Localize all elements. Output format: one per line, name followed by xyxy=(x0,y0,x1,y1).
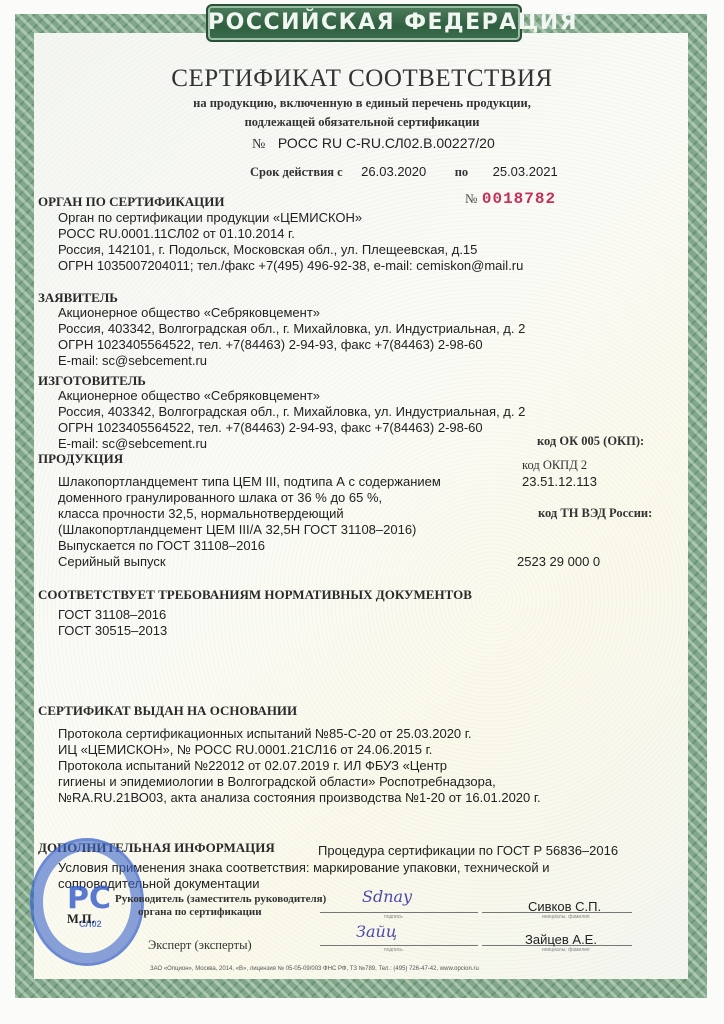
form-number: № 0018782 xyxy=(465,190,556,208)
number-sign: № xyxy=(252,137,265,152)
expert-signature-caption: подпись xyxy=(384,947,403,953)
head-signature: Sdnay xyxy=(362,887,412,906)
cert-body-line: ОГРН 1035007204011; тел./факс +7(495) 49… xyxy=(58,258,523,273)
applicant-heading: ЗАЯВИТЕЛЬ xyxy=(38,290,118,306)
product-heading: ПРОДУКЦИЯ xyxy=(38,451,123,467)
product-line: Шлакопортландцемент типа ЦЕМ III, подтип… xyxy=(58,474,441,489)
product-line: Серийный выпуск xyxy=(58,554,166,569)
basis-line: Протокола испытаний №22012 от 02.07.2019… xyxy=(58,758,447,773)
rs-logo-icon: РС xyxy=(67,881,111,916)
certification-procedure: Процедура сертификации по ГОСТ Р 56836–2… xyxy=(318,843,618,858)
head-label-line-2: органа по сертификации xyxy=(138,906,262,918)
manufacturer-line: ОГРН 1023405564522, тел. +7(84463) 2-94-… xyxy=(58,420,483,435)
okpd2-label: код ОКПД 2 xyxy=(522,458,587,473)
form-number-sign: № xyxy=(465,191,477,206)
basis-line: гигиены и эпидемиологии в Волгоградской … xyxy=(58,774,496,789)
conformity-heading: СООТВЕТСТВУЕТ ТРЕБОВАНИЯМ НОРМАТИВНЫХ ДО… xyxy=(38,587,472,603)
manufacturer-heading: ИЗГОТОВИТЕЛЬ xyxy=(38,373,146,389)
certificate-number-value: РОСС RU C-RU.СЛ02.В.00227/20 xyxy=(278,135,495,151)
standard-item: ГОСТ 30515–2013 xyxy=(58,623,167,638)
expert-name: Зайцев А.Е. xyxy=(525,932,597,947)
expert-signature-line xyxy=(320,945,478,946)
expert-name-caption: инициалы, фамилия xyxy=(542,947,590,953)
basis-line: ИЦ «ЦЕМИСКОН», № РОСС RU.0001.21СЛ16 от … xyxy=(58,742,432,757)
cert-body-line: РОСС RU.0001.11СЛ02 от 01.10.2014 г. xyxy=(58,226,295,241)
head-label: Руководитель (заместитель руководителя) xyxy=(115,893,326,905)
validity-to-label: по xyxy=(455,165,468,179)
seal-label: М.П. xyxy=(67,912,95,927)
basis-heading: СЕРТИФИКАТ ВЫДАН НА ОСНОВАНИИ xyxy=(38,703,297,719)
applicant-line: E-mail: sc@sebcement.ru xyxy=(58,353,207,368)
head-name: Сивков С.П. xyxy=(528,899,601,914)
product-line: класса прочности 32,5, нормальнотвердеющ… xyxy=(58,506,344,521)
basis-line: Протокола сертификационных испытаний №85… xyxy=(58,726,472,741)
subtitle-line-1: на продукцию, включенную в единый перече… xyxy=(0,96,724,111)
validity-from: 26.03.2020 xyxy=(361,164,426,179)
product-line: Выпускается по ГОСТ 31108–2016 xyxy=(58,538,265,553)
manufacturer-line: Россия, 403342, Волгоградская обл., г. М… xyxy=(58,404,525,419)
validity-period: Срок действия с 26.03.2020 по 25.03.2021 xyxy=(250,163,558,181)
cert-body-line: Орган по сертификации продукции «ЦЕМИСКО… xyxy=(58,210,362,225)
validity-to: 25.03.2021 xyxy=(493,164,558,179)
form-number-value: 0018782 xyxy=(482,190,556,208)
cert-body-line: Россия, 142101, г. Подольск, Московская … xyxy=(58,242,477,257)
certificate-number: № РОСС RU C-RU.СЛ02.В.00227/20 xyxy=(252,135,495,153)
head-signature-caption: подпись xyxy=(384,914,403,920)
okpd2-value: 23.51.12.113 xyxy=(522,474,597,489)
tnved-value: 2523 29 000 0 xyxy=(517,554,600,569)
validity-label: Срок действия с xyxy=(250,165,343,179)
okp-code-label: код ОК 005 (ОКП): xyxy=(537,434,644,449)
head-name-caption: инициалы, фамилия xyxy=(542,914,590,920)
expert-label: Эксперт (эксперты) xyxy=(148,938,252,953)
product-line: (Шлакопортландцемент ЦЕМ III/А 32,5Н ГОС… xyxy=(58,522,416,537)
country-banner: РОССИЙСКАЯ ФЕДЕРАЦИЯ xyxy=(206,4,522,42)
expert-signature: Зайц xyxy=(356,922,397,941)
printer-imprint: ЗАО «Опцион», Москва, 2014, «В», лицензи… xyxy=(150,966,479,972)
product-line: доменного гранулированного шлака от 36 %… xyxy=(58,490,382,505)
manufacturer-line: Акционерное общество «Себряковцемент» xyxy=(58,388,320,403)
applicant-line: Акционерное общество «Себряковцемент» xyxy=(58,305,320,320)
subtitle-line-2: подлежащей обязательной сертификации xyxy=(0,115,724,130)
standard-item: ГОСТ 31108–2016 xyxy=(58,607,166,622)
basis-line: №RA.RU.21ВО03, акта анализа состояния пр… xyxy=(58,790,541,805)
applicant-line: ОГРН 1023405564522, тел. +7(84463) 2-94-… xyxy=(58,337,483,352)
manufacturer-line: E-mail: sc@sebcement.ru xyxy=(58,436,207,451)
applicant-line: Россия, 403342, Волгоградская обл., г. М… xyxy=(58,321,525,336)
tnved-label: код ТН ВЭД России: xyxy=(538,506,652,521)
certificate-title: СЕРТИФИКАТ СООТВЕТСТВИЯ xyxy=(0,65,724,93)
certification-body-heading: ОРГАН ПО СЕРТИФИКАЦИИ xyxy=(38,194,225,210)
head-signature-line xyxy=(320,912,478,913)
